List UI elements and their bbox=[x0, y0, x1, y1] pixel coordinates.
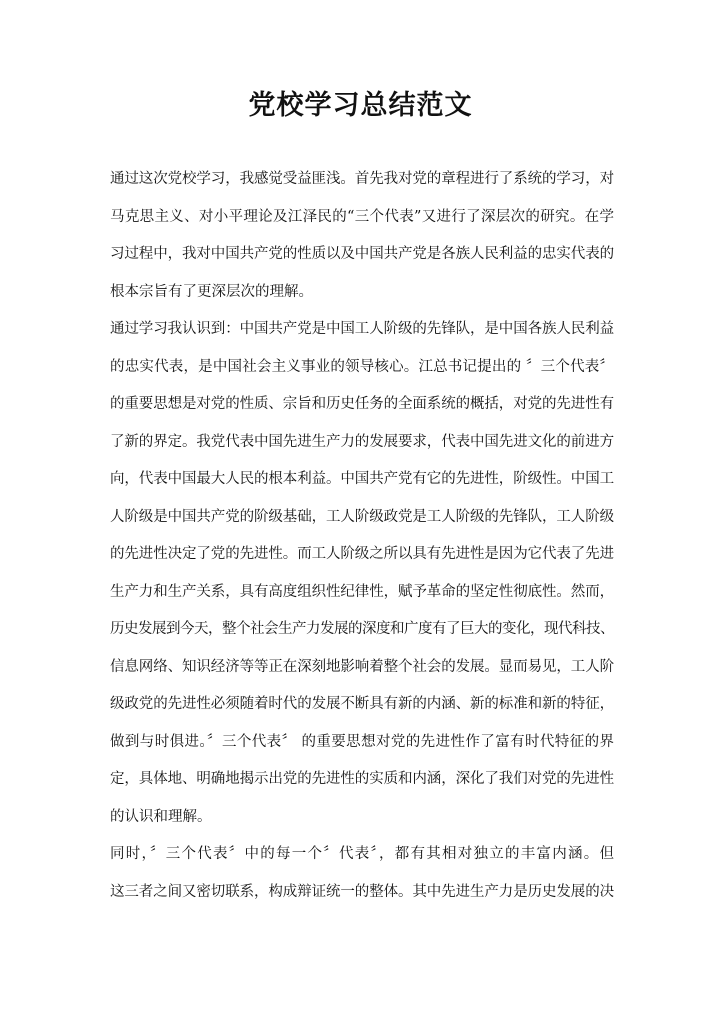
document-title: 党校学习总结范文 bbox=[0, 86, 721, 126]
text-line: 级政党的先进性必须随着时代的发展不断具有新的内涵、新的标准和新的特征， bbox=[110, 691, 614, 729]
text-line: 这三者之间又密切联系，构成辩证统一的整体。其中先进生产力是历史发展的决 bbox=[110, 879, 614, 917]
text-line: 的认识和理解。 bbox=[110, 804, 614, 842]
text-line: 向，代表中国最大人民的根本利益。中国共产党有它的先进性，阶级性。中国工 bbox=[110, 466, 614, 504]
text-line: 定，具体地、明确地揭示出党的先进性的实质和内涵，深化了我们对党的先进性 bbox=[110, 766, 614, 804]
document-page: 党校学习总结范文 通过这次党校学习，我感觉受益匪浅。首先我对党的章程进行了系统的… bbox=[0, 0, 721, 1020]
text-line: 同时，〞三个代表〞中的每一个〞代表〞，都有其相对独立的丰富内涵。但 bbox=[110, 841, 614, 879]
text-line: 通过这次党校学习，我感觉受益匪浅。首先我对党的章程进行了系统的学习，对 bbox=[110, 166, 614, 204]
text-line: 信息网络、知识经济等等正在深刻地影响着整个社会的发展。显而易见，工人阶 bbox=[110, 654, 614, 692]
text-line: 通过学习我认识到：中国共产党是中国工人阶级的先锋队，是中国各族人民利益 bbox=[110, 316, 614, 354]
text-line: 做到与时俱进。〞三个代表〞 的重要思想对党的先进性作了富有时代特征的界 bbox=[110, 729, 614, 767]
text-line: 根本宗旨有了更深层次的理解。 bbox=[110, 279, 614, 317]
text-line: 的重要思想是对党的性质、宗旨和历史任务的全面系统的概括，对党的先进性有 bbox=[110, 391, 614, 429]
text-line: 生产力和生产关系，具有高度组织性纪律性，赋予革命的坚定性彻底性。然而， bbox=[110, 579, 614, 617]
text-line: 历史发展到今天，整个社会生产力发展的深度和广度有了巨大的变化，现代科技、 bbox=[110, 616, 614, 654]
text-line: 的忠实代表，是中国社会主义事业的领导核心。江总书记提出的 〞三个代表〞 bbox=[110, 354, 614, 392]
document-body: 通过这次党校学习，我感觉受益匪浅。首先我对党的章程进行了系统的学习，对 马克思主… bbox=[110, 166, 614, 916]
text-line: 了新的界定。我党代表中国先进生产力的发展要求，代表中国先进文化的前进方 bbox=[110, 429, 614, 467]
text-line: 马克思主义、对小平理论及江泽民的“三个代表”又进行了深层次的研究。在学 bbox=[110, 204, 614, 242]
text-line: 的先进性决定了党的先进性。而工人阶级之所以具有先进性是因为它代表了先进 bbox=[110, 541, 614, 579]
text-line: 习过程中，我对中国共产党的性质以及中国共产党是各族人民利益的忠实代表的 bbox=[110, 241, 614, 279]
text-line: 人阶级是中国共产党的阶级基础，工人阶级政党是工人阶级的先锋队，工人阶级 bbox=[110, 504, 614, 542]
